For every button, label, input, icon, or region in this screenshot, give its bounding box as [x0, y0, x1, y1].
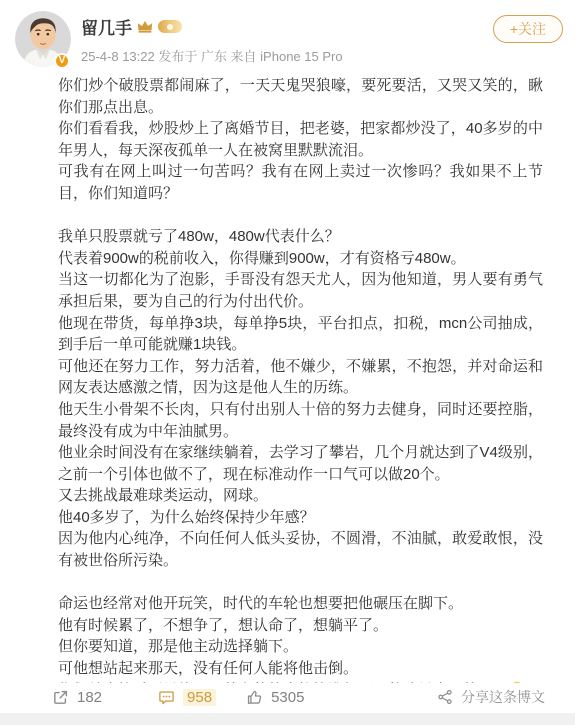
avatar[interactable]: V: [15, 11, 71, 67]
post-paragraph: 他天生小骨架不长肉，只有付出别人十倍的努力去健身，同时还要控脂，最终没有成为中年…: [58, 399, 543, 442]
post-paragraph: 他现在带货，每单挣3块，每单挣5块，平台扣点，扣税，mcn公司抽成，到手后一单可…: [58, 313, 543, 356]
author-meta: 留几手 25-4-8 13:22 发布于 广东 来自 iPhone 15 Pro: [81, 11, 493, 65]
post-header: V 留几手 25-4-8 13:22 发布于 广东 来自 iPhone 15 P…: [0, 0, 575, 68]
weibo-post-card: V 留几手 25-4-8 13:22 发布于 广东 来自 iPhone 15 P…: [0, 0, 575, 725]
post-paragraph: 但你要知道，那是他主动选择躺下。: [58, 636, 543, 658]
repost-icon: [52, 689, 69, 706]
vip-crown-icon: [137, 20, 153, 33]
post-paragraph: 命运也经常对他开玩笑，时代的车轮也想要把他碾压在脚下。: [58, 593, 543, 615]
post-action-bar: 182 958 5305 分享这条: [0, 683, 575, 711]
verified-badge-icon: V: [54, 53, 70, 69]
follow-button[interactable]: +关注: [493, 15, 563, 43]
post-paragraph: 又去挑战最难球类运动，网球。: [58, 485, 543, 507]
post-paragraph: 他40多岁了，为什么始终保持少年感？: [58, 507, 543, 529]
comment-icon: [158, 689, 175, 706]
share-nodes-icon: [437, 689, 453, 705]
repost-count: 182: [77, 690, 102, 705]
post-paragraph: 你们炒个破股票都闹麻了，一天天鬼哭狼嚎，要死要活，又哭又笑的，瞅你们那点出息。: [58, 75, 543, 118]
post-paragraph: 他有时候累了，不想争了，想认命了，想躺平了。: [58, 615, 543, 637]
post-paragraph: 你们看看我，炒股炒上了离婚节目，把老婆，把家都炒没了，40多岁的中年男人，每天深…: [58, 118, 543, 161]
post-paragraph: 我单只股票就亏了480w，480w代表什么？: [58, 226, 543, 248]
post-paragraph: 可我有在网上叫过一句苦吗？我有在网上卖过一次惨吗？我如果不上节目，你们知道吗？: [58, 161, 543, 204]
repost-button[interactable]: 182: [52, 689, 102, 706]
comment-button[interactable]: 958: [158, 689, 216, 706]
like-button[interactable]: 5305: [246, 689, 304, 706]
comment-count: 958: [183, 689, 216, 706]
share-label: 分享这条博文: [461, 690, 545, 704]
membership-level-badge-icon: [158, 20, 182, 33]
share-button[interactable]: 分享这条博文: [437, 689, 545, 705]
post-paragraph: 因为他内心纯净，不向任何人低头妥协，不圆滑，不油腻，敢爱敢恨，没有被世俗所污染。: [58, 528, 543, 571]
post-paragraph: 他业余时间没有在家继续躺着，去学习了攀岩，几个月就达到了V4级别，之前一个引体也…: [58, 442, 543, 485]
like-count: 5305: [271, 690, 304, 705]
post-paragraph: 当这一切都化为了泡影，手哥没有怨天尤人，因为他知道，男人要有勇气承担后果，要为自…: [58, 269, 543, 312]
post-paragraph: [58, 205, 543, 227]
post-paragraph: 可他想站起来那天，没有任何人能将他击倒。: [58, 658, 543, 680]
post-paragraph: 可他还在努力工作，努力活着，他不嫌少，不嫌累，不抱怨，并对命运和网友表达感激之情…: [58, 356, 543, 399]
post-timestamp: 25-4-8 13:22 发布于 广东 来自 iPhone 15 Pro: [81, 46, 493, 65]
post-paragraph: [58, 572, 543, 594]
post-paragraph: 代表着900w的税前收入，你得赚到900w，才有资格亏480w。: [58, 248, 543, 270]
post-content: 你们炒个破股票都闹麻了，一天天鬼哭狼嚎，要死要活，又哭又笑的，瞅你们那点出息。你…: [0, 68, 575, 683]
author-name[interactable]: 留几手: [81, 14, 132, 39]
thumbs-up-icon: [246, 689, 263, 706]
page-background-strip: [0, 713, 575, 725]
